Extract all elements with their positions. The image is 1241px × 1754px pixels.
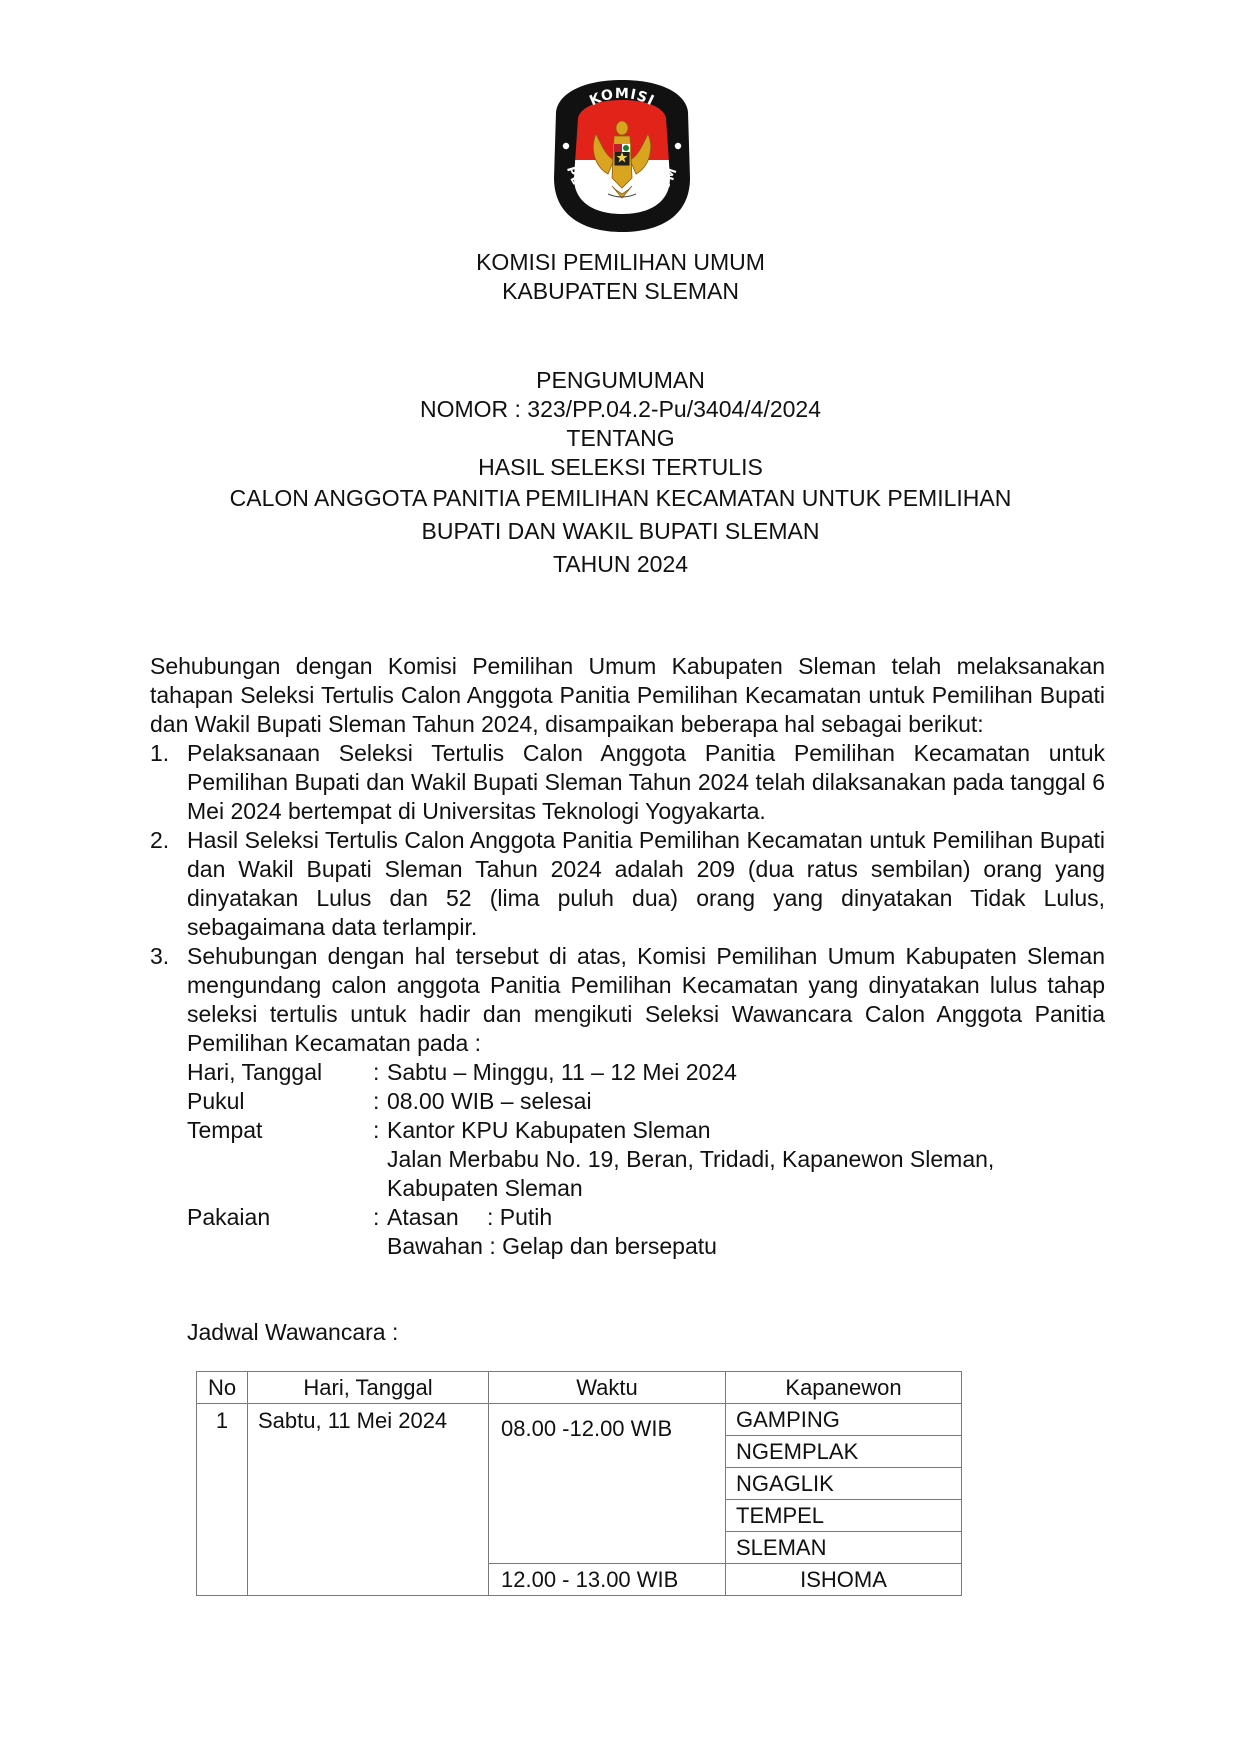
kapanewon-cell: GAMPING — [726, 1404, 962, 1436]
kapanewon-cell: NGAGLIK — [726, 1468, 962, 1500]
document-page: KOMISI PEMILIHAN UMUM KOMISI PEMILIHAN U… — [0, 0, 1241, 1754]
column-header-no: No — [197, 1372, 248, 1404]
title-year: TAHUN 2024 — [0, 548, 1241, 581]
detail-value: Sabtu – Minggu, 11 – 12 Mei 2024 — [387, 1058, 1105, 1087]
detail-colon: : — [373, 1058, 387, 1087]
dress-bottom-value: Gelap dan bersepatu — [502, 1232, 717, 1261]
detail-colon: : — [489, 1232, 495, 1261]
organization-region: KABUPATEN SLEMAN — [0, 277, 1241, 306]
row-break-time: 12.00 - 13.00 WIB — [489, 1564, 726, 1596]
point-item: 2. Hasil Seleksi Tertulis Calon Anggota … — [150, 826, 1105, 942]
detail-colon: : — [373, 1087, 387, 1116]
detail-label: Tempat — [187, 1116, 373, 1203]
detail-dress-row: Pakaian : Atasan : Putih Bawahan : Gelap… — [187, 1203, 1105, 1261]
dress-bottom-row: Bawahan : Gelap dan bersepatu — [387, 1232, 1105, 1261]
detail-colon: : — [487, 1203, 493, 1232]
dress-top-row: Atasan : Putih — [387, 1203, 1105, 1232]
dress-top-label: Atasan — [387, 1203, 487, 1232]
point-item: 3. Sehubungan dengan hal tersebut di ata… — [150, 942, 1105, 1058]
table-row: 1 Sabtu, 11 Mei 2024 08.00 -12.00 WIB GA… — [197, 1404, 962, 1436]
place-line: Jalan Merbabu No. 19, Beran, Tridadi, Ka… — [387, 1145, 1105, 1174]
column-header-date: Hari, Tanggal — [248, 1372, 489, 1404]
detail-time-row: Pukul : 08.00 WIB – selesai — [187, 1087, 1105, 1116]
row-number: 1 — [197, 1404, 248, 1596]
title-subject-line2: CALON ANGGOTA PANITIA PEMILIHAN KECAMATA… — [0, 482, 1241, 515]
point-text: Sehubungan dengan hal tersebut di atas, … — [187, 943, 1105, 1056]
detail-label: Pakaian — [187, 1203, 373, 1261]
point-number: 3. — [150, 942, 169, 971]
kpu-logo: KOMISI PEMILIHAN UMUM — [552, 78, 692, 234]
kapanewon-cell: SLEMAN — [726, 1532, 962, 1564]
kapanewon-cell: NGEMPLAK — [726, 1436, 962, 1468]
detail-colon: : — [373, 1116, 387, 1203]
detail-value: Atasan : Putih Bawahan : Gelap dan berse… — [387, 1203, 1105, 1261]
table-header-row: No Hari, Tanggal Waktu Kapanewon — [197, 1372, 962, 1404]
announcement-title: PENGUMUMAN NOMOR : 323/PP.04.2-Pu/3404/4… — [0, 366, 1241, 581]
point-item: 1. Pelaksanaan Seleksi Tertulis Calon An… — [150, 739, 1105, 826]
column-header-kapanewon: Kapanewon — [726, 1372, 962, 1404]
point-number: 2. — [150, 826, 169, 855]
kpu-emblem-icon: KOMISI PEMILIHAN UMUM — [552, 78, 692, 234]
schedule-title: Jadwal Wawancara : — [187, 1318, 398, 1347]
announcement-body: Sehubungan dengan Komisi Pemilihan Umum … — [150, 652, 1105, 1261]
dress-top-value: Putih — [500, 1203, 552, 1232]
interview-schedule-table: No Hari, Tanggal Waktu Kapanewon 1 Sabtu… — [196, 1371, 962, 1596]
place-line: Kantor KPU Kabupaten Sleman — [387, 1116, 1105, 1145]
detail-label: Hari, Tanggal — [187, 1058, 373, 1087]
point-number: 1. — [150, 739, 169, 768]
intro-paragraph: Sehubungan dengan Komisi Pemilihan Umum … — [150, 652, 1105, 739]
detail-value: 08.00 WIB – selesai — [387, 1087, 1105, 1116]
announcement-points: 1. Pelaksanaan Seleksi Tertulis Calon An… — [150, 739, 1105, 1058]
detail-date-row: Hari, Tanggal : Sabtu – Minggu, 11 – 12 … — [187, 1058, 1105, 1087]
interview-details: Hari, Tanggal : Sabtu – Minggu, 11 – 12 … — [150, 1058, 1105, 1261]
detail-colon: : — [373, 1203, 387, 1261]
row-break-label: ISHOMA — [726, 1564, 962, 1596]
detail-value: Kantor KPU Kabupaten Sleman Jalan Merbab… — [387, 1116, 1105, 1203]
title-subject: HASIL SELEKSI TERTULIS — [0, 453, 1241, 482]
point-text: Pelaksanaan Seleksi Tertulis Calon Anggo… — [187, 740, 1105, 824]
title-subject-line3: BUPATI DAN WAKIL BUPATI SLEMAN — [0, 515, 1241, 548]
title-nomor: NOMOR : 323/PP.04.2-Pu/3404/4/2024 — [0, 395, 1241, 424]
row-date: Sabtu, 11 Mei 2024 — [248, 1404, 489, 1596]
organization-header: KOMISI PEMILIHAN UMUM KABUPATEN SLEMAN — [0, 248, 1241, 306]
dress-bottom-label: Bawahan — [387, 1232, 483, 1261]
organization-name: KOMISI PEMILIHAN UMUM — [0, 248, 1241, 277]
point-text: Hasil Seleksi Tertulis Calon Anggota Pan… — [187, 827, 1105, 940]
column-header-time: Waktu — [489, 1372, 726, 1404]
title-pengumuman: PENGUMUMAN — [0, 366, 1241, 395]
title-tentang: TENTANG — [0, 424, 1241, 453]
place-line: Kabupaten Sleman — [387, 1174, 1105, 1203]
row-session-time: 08.00 -12.00 WIB — [489, 1404, 726, 1564]
detail-label: Pukul — [187, 1087, 373, 1116]
detail-place-row: Tempat : Kantor KPU Kabupaten Sleman Jal… — [187, 1116, 1105, 1203]
kapanewon-cell: TEMPEL — [726, 1500, 962, 1532]
